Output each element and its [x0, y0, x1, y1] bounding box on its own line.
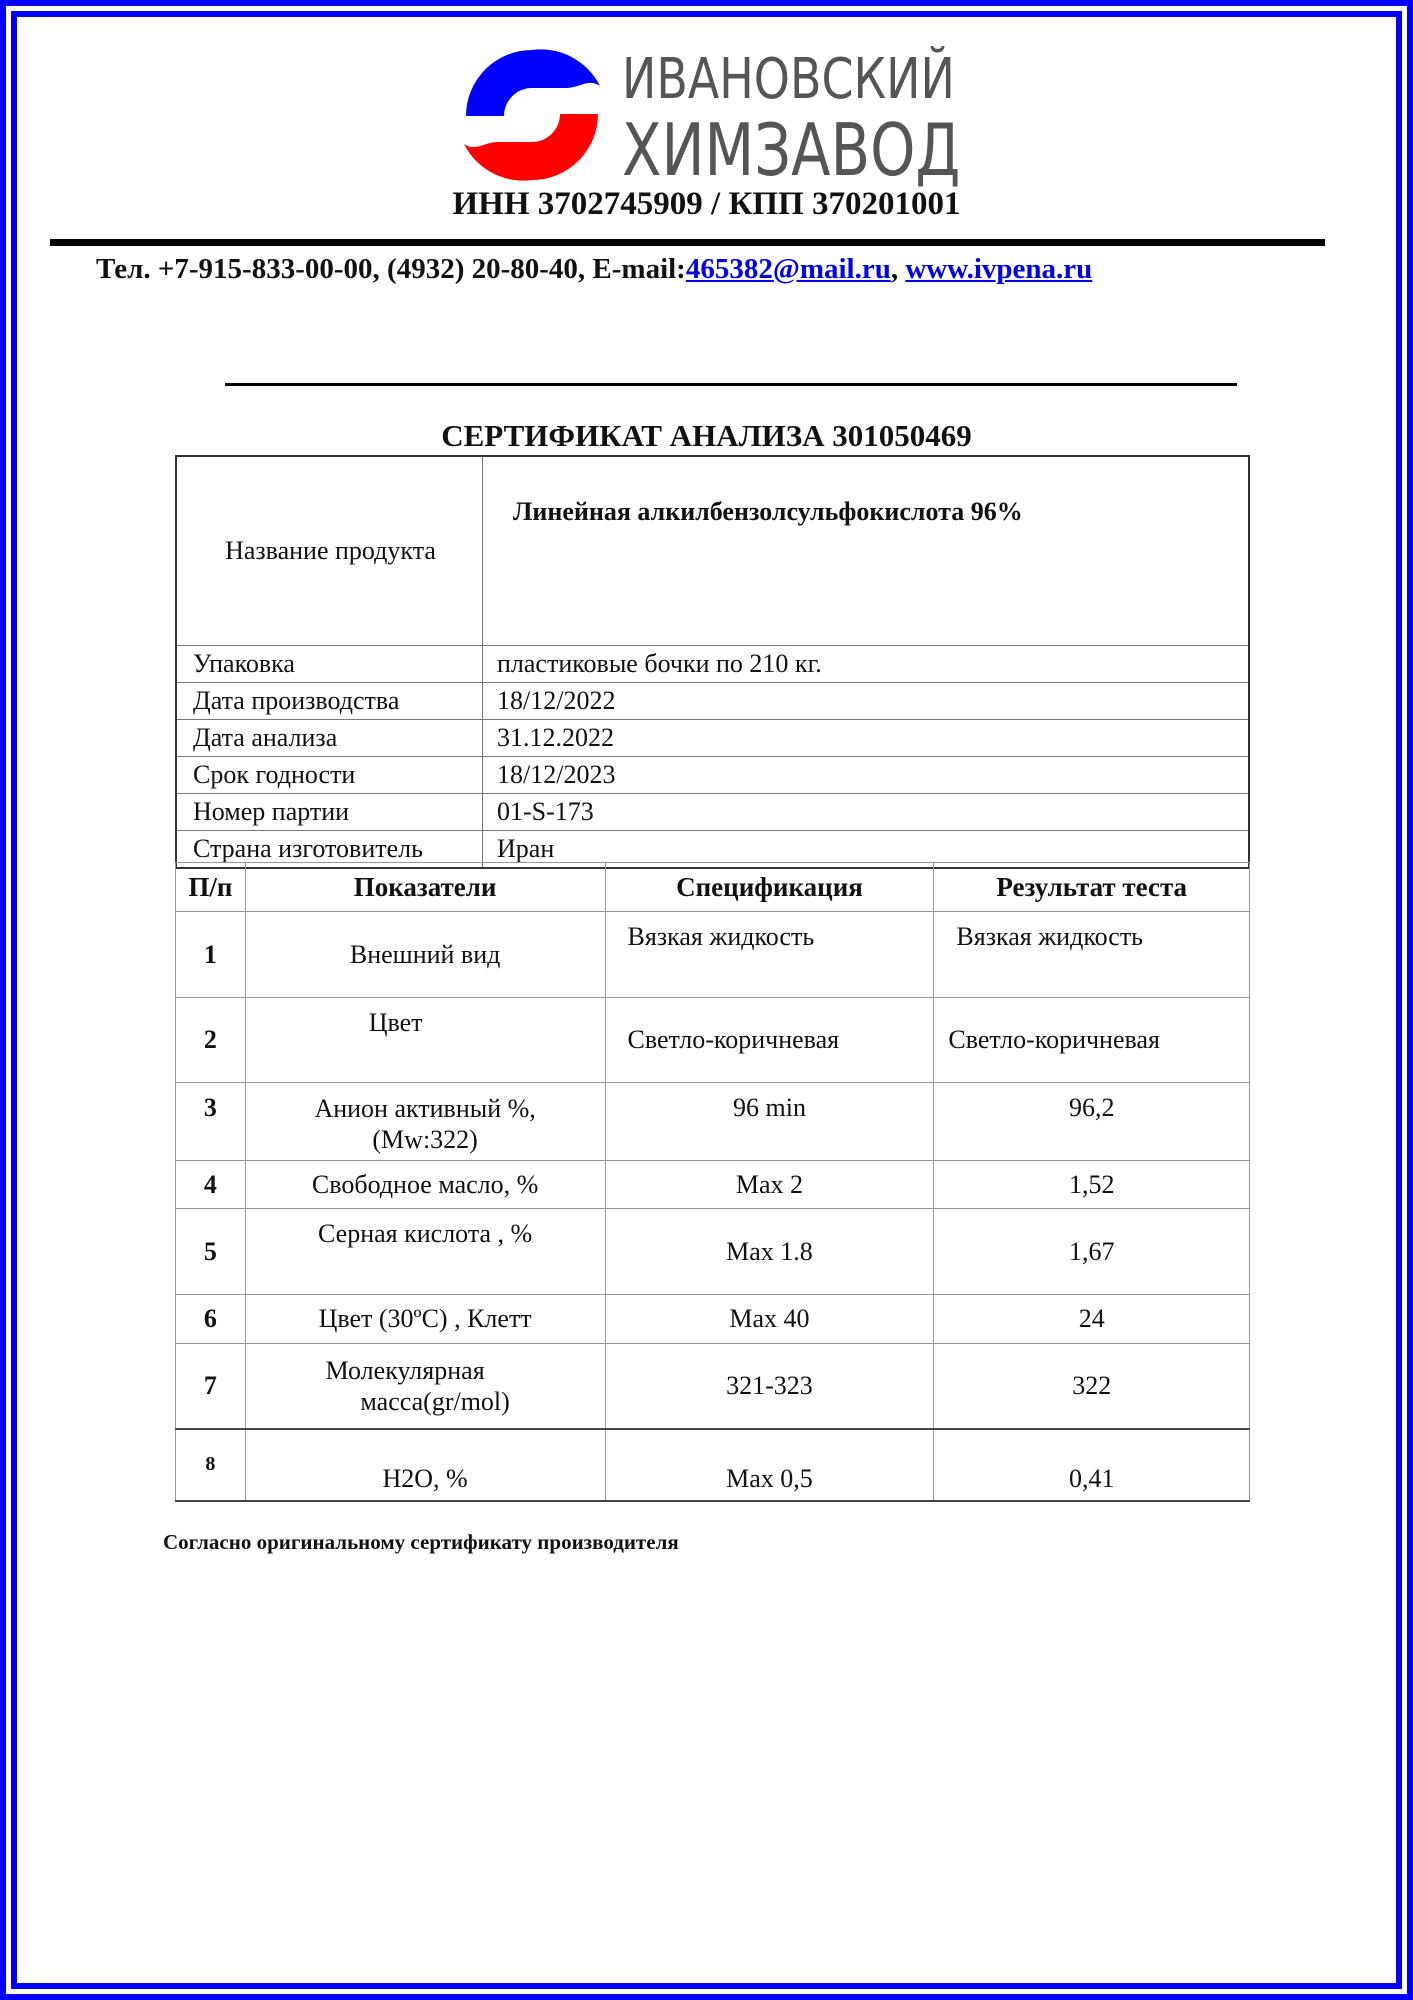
batch-number-label: Номер партии: [176, 794, 483, 831]
packaging-label: Упаковка: [176, 646, 483, 683]
test-result: 322: [934, 1344, 1250, 1429]
indicator-line2: масса(gr/mol): [247, 1386, 604, 1417]
product-name-label: Название продукта: [176, 456, 483, 646]
specification: Max 40: [605, 1295, 934, 1344]
row-number: 3: [176, 1083, 246, 1161]
table-row: Название продукта Линейная алкилбензолсу…: [176, 456, 1249, 646]
table-row: Упаковка пластиковые бочки по 210 кг.: [176, 646, 1249, 683]
col-header-indicator: Показатели: [245, 863, 605, 912]
contacts-phones: Тел. +7-915-833-00-00, (4932) 20-80-40, …: [96, 253, 686, 285]
specification: Светло-коричневая: [605, 998, 934, 1083]
row-number: 8: [176, 1429, 246, 1501]
indicator-line1: Анион активный %,: [247, 1093, 604, 1124]
test-result: 96,2: [934, 1083, 1250, 1161]
specification: Max 2: [605, 1161, 934, 1209]
indicator: Серная кислота , %: [245, 1209, 605, 1295]
row-number: 7: [176, 1344, 246, 1429]
indicator: Свободное масло, %: [245, 1161, 605, 1209]
indicator-line2: (Mw:322): [247, 1124, 604, 1155]
contacts-line: Тел. +7-915-833-00-00, (4932) 20-80-40, …: [96, 253, 1092, 286]
header-divider: [50, 239, 1325, 246]
analysis-date-label: Дата анализа: [176, 720, 483, 757]
footer-note: Согласно оригинальному сертификату произ…: [163, 1530, 679, 1555]
company-logo-icon: [462, 48, 602, 182]
table-row: Дата анализа 31.12.2022: [176, 720, 1249, 757]
specification: 96 min: [605, 1083, 934, 1161]
indicator: Молекулярная масса(gr/mol): [245, 1344, 605, 1429]
production-date-value: 18/12/2022: [483, 683, 1250, 720]
section-divider: [225, 383, 1237, 386]
packaging-value: пластиковые бочки по 210 кг.: [483, 646, 1250, 683]
company-name: ИВАНОВСКИЙ ХИМЗАВОД: [622, 52, 1045, 186]
analysis-results-table: П/п Показатели Спецификация Результат те…: [175, 862, 1250, 1502]
website-link[interactable]: www.ivpena.ru: [905, 253, 1092, 285]
table-header-row: П/п Показатели Спецификация Результат те…: [176, 863, 1250, 912]
email-link[interactable]: 465382@mail.ru: [686, 253, 891, 285]
test-result: 1,52: [934, 1161, 1250, 1209]
row-number: 1: [176, 912, 246, 998]
specification: Max 0,5: [605, 1429, 934, 1501]
indicator: Анион активный %, (Mw:322): [245, 1083, 605, 1161]
indicator: H2O, %: [245, 1429, 605, 1501]
expiry-date-label: Срок годности: [176, 757, 483, 794]
inn-kpp: ИНН 3702745909 / КПП 370201001: [0, 186, 1413, 223]
table-row: Номер партии 01-S-173: [176, 794, 1249, 831]
table-row: 3 Анион активный %, (Mw:322) 96 min 96,2: [176, 1083, 1250, 1161]
specification: Вязкая жидкость: [605, 912, 934, 998]
indicator: Внешний вид: [245, 912, 605, 998]
table-row: 2 Цвет Светло-коричневая Светло-коричнев…: [176, 998, 1250, 1083]
specification: Max 1.8: [605, 1209, 934, 1295]
product-name-value: Линейная алкилбензолсульфокислота 96%: [483, 456, 1250, 646]
test-result: Светло-коричневая: [934, 998, 1250, 1083]
table-row: 8 H2O, % Max 0,5 0,41: [176, 1429, 1250, 1501]
batch-number-value: 01-S-173: [483, 794, 1250, 831]
indicator: Цвет: [245, 998, 605, 1083]
company-name-line2: ХИМЗАВОД: [622, 114, 960, 186]
table-row: 7 Молекулярная масса(gr/mol) 321-323 322: [176, 1344, 1250, 1429]
col-header-result: Результат теста: [934, 863, 1250, 912]
row-number: 6: [176, 1295, 246, 1344]
test-result: 1,67: [934, 1209, 1250, 1295]
row-number: 5: [176, 1209, 246, 1295]
test-result: 24: [934, 1295, 1250, 1344]
certificate-title: СЕРТИФИКАТ АНАЛИЗА 301050469: [0, 418, 1413, 454]
table-row: Дата производства 18/12/2022: [176, 683, 1249, 720]
specification: 321-323: [605, 1344, 934, 1429]
col-header-specification: Спецификация: [605, 863, 934, 912]
col-header-number: П/п: [176, 863, 246, 912]
table-row: 6 Цвет (30ºC) , Клетт Max 40 24: [176, 1295, 1250, 1344]
company-name-line1: ИВАНОВСКИЙ: [622, 52, 969, 108]
indicator-line1: Молекулярная: [247, 1355, 604, 1386]
row-number: 2: [176, 998, 246, 1083]
analysis-date-value: 31.12.2022: [483, 720, 1250, 757]
row-number: 4: [176, 1161, 246, 1209]
table-row: 4 Свободное масло, % Max 2 1,52: [176, 1161, 1250, 1209]
indicator: Цвет (30ºC) , Клетт: [245, 1295, 605, 1344]
expiry-date-value: 18/12/2023: [483, 757, 1250, 794]
test-result: Вязкая жидкость: [934, 912, 1250, 998]
product-info-table: Название продукта Линейная алкилбензолсу…: [175, 455, 1250, 869]
test-result: 0,41: [934, 1429, 1250, 1501]
table-row: 5 Серная кислота , % Max 1.8 1,67: [176, 1209, 1250, 1295]
contacts-separator: ,: [891, 253, 906, 285]
table-row: 1 Внешний вид Вязкая жидкость Вязкая жид…: [176, 912, 1250, 998]
production-date-label: Дата производства: [176, 683, 483, 720]
table-row: Срок годности 18/12/2023: [176, 757, 1249, 794]
